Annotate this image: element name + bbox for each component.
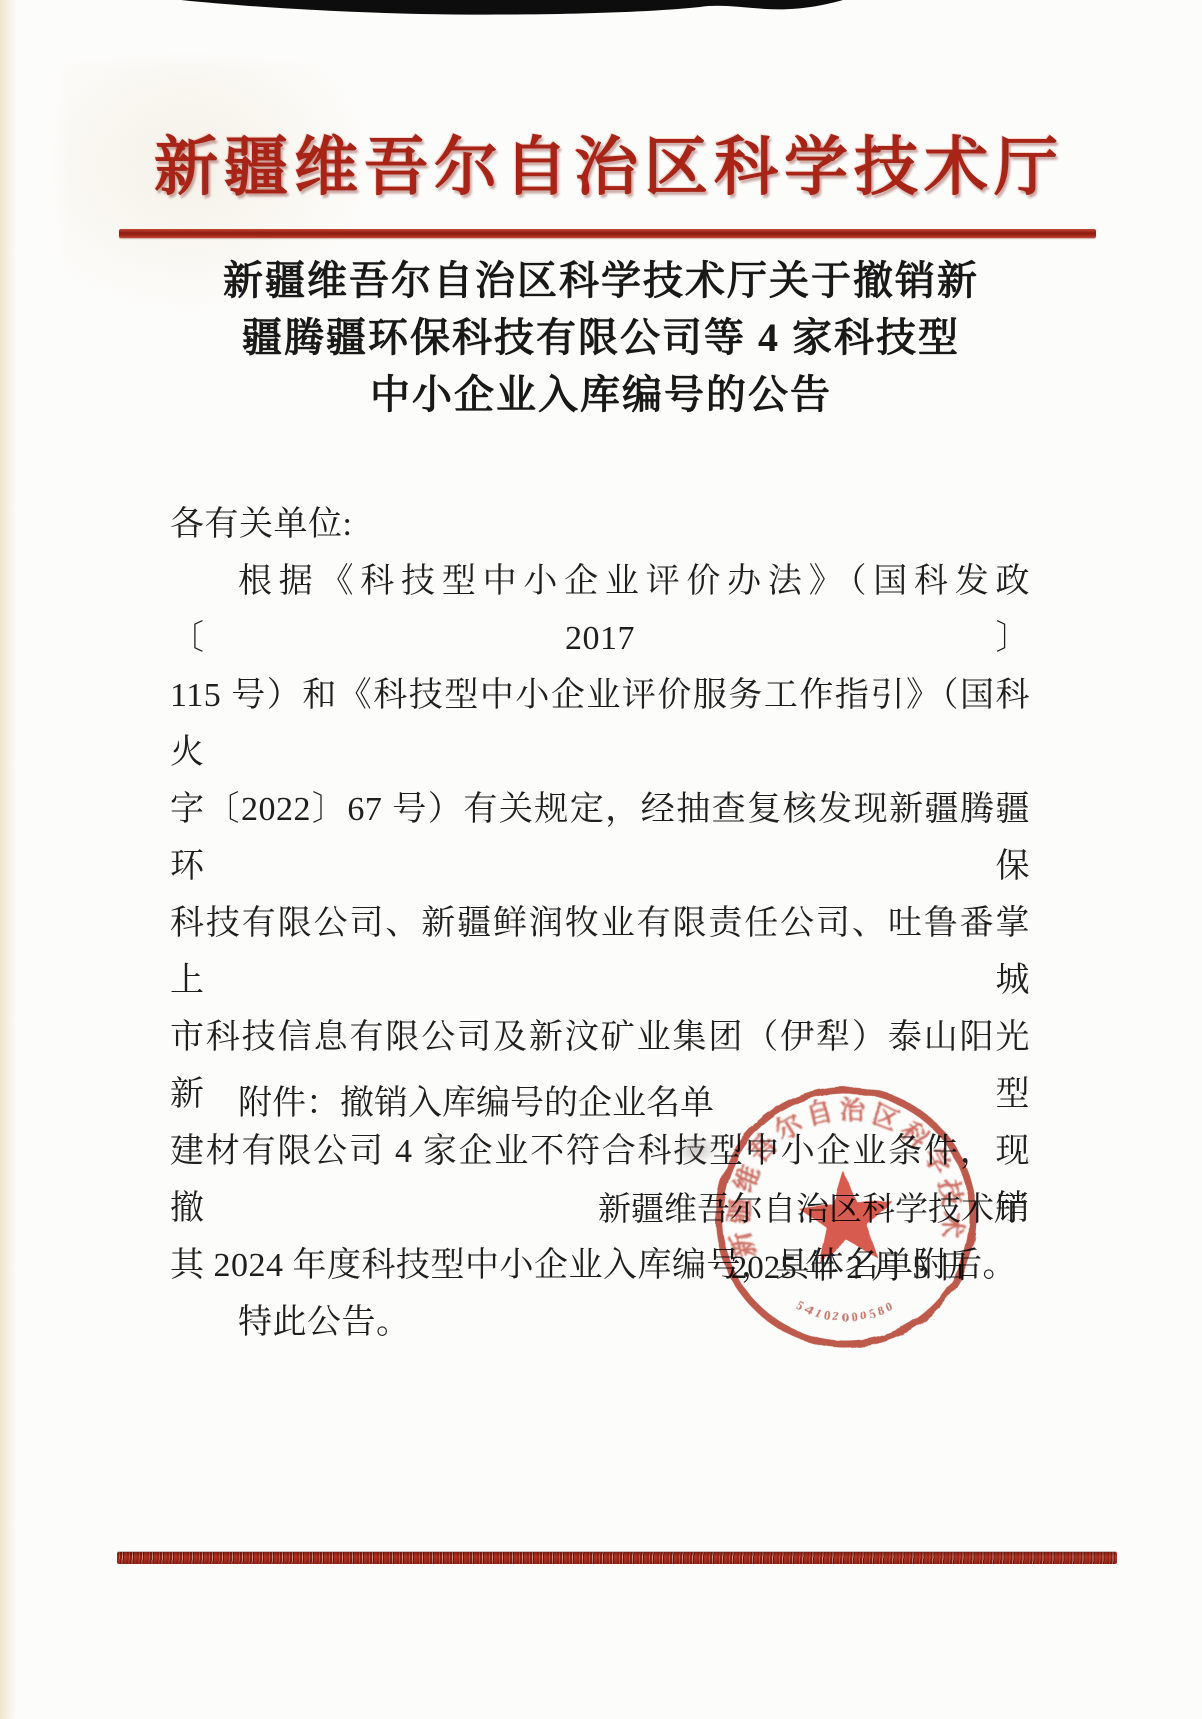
- body-line: 科技有限公司、新疆鲜润牧业有限责任公司、吐鲁番掌上城: [170, 895, 1030, 1009]
- scan-artifact-top-edge: [0, 0, 1202, 22]
- body-line: 字〔2022〕67 号）有关规定，经抽查复核发现新疆腾疆环保: [170, 781, 1030, 895]
- body-line: 115 号）和《科技型中小企业评价服务工作指引》（国科火: [170, 667, 1030, 781]
- document-title: 新疆维吾尔自治区科学技术厅关于撤销新 疆腾疆环保科技有限公司等 4 家科技型 中…: [0, 252, 1202, 423]
- title-line-2: 疆腾疆环保科技有限公司等 4 家科技型: [0, 309, 1202, 366]
- seal-serial-number: 54102000580: [794, 1291, 899, 1328]
- page-bottom-divider: [117, 1552, 1117, 1564]
- title-line-3: 中小企业入库编号的公告: [0, 366, 1202, 423]
- official-seal-stamp: 新疆维吾尔自治区科学技术厅 54102000580: [693, 1064, 998, 1369]
- letterhead-org-name: 新疆维吾尔自治区科学技术厅: [8, 120, 1202, 216]
- seal-star-icon: [795, 1167, 896, 1264]
- scanned-document-page: 新疆维吾尔自治区科学技术厅 新疆维吾尔自治区科学技术厅关于撤销新 疆腾疆环保科技…: [0, 0, 1202, 1719]
- body-line: 根据《科技型中小企业评价办法》（国科发政〔2017〕: [170, 553, 1030, 667]
- salutation-line: 各有关单位:: [170, 496, 1030, 553]
- letterhead-divider-rule: [119, 229, 1096, 238]
- title-line-1: 新疆维吾尔自治区科学技术厅关于撤销新: [0, 252, 1202, 309]
- top-blob-shape: [181, 0, 843, 15]
